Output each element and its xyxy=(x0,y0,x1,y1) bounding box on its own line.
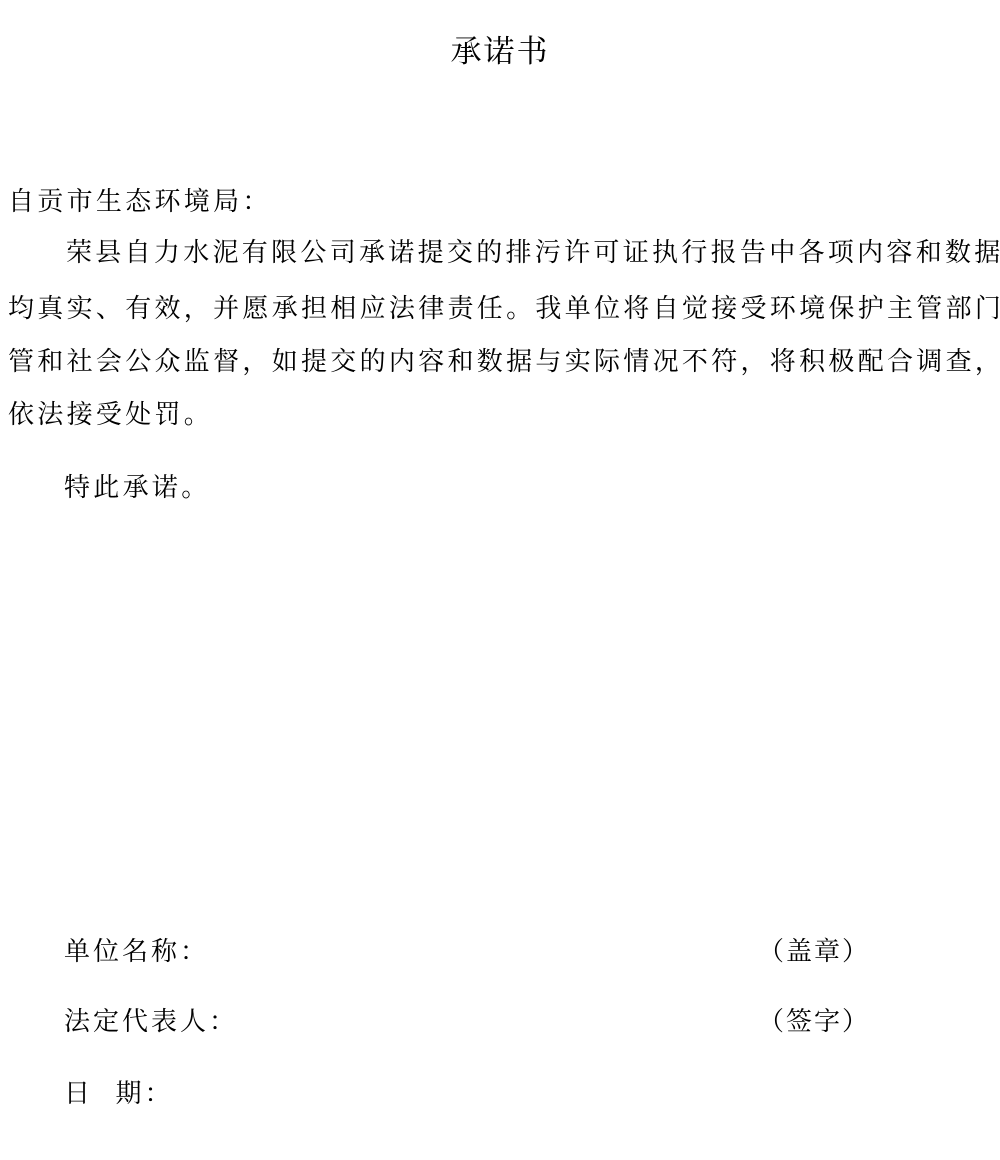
closing-statement: 特此承诺。 xyxy=(64,470,211,506)
document-page: 承诺书 自贡市生态环境局： 荣县自力水泥有限公司承诺提交的排污许可证执行报告中各… xyxy=(0,0,1000,1160)
body-line-4: 依法接受处罚。 xyxy=(8,397,213,433)
legal-representative-label: 法定代表人： xyxy=(64,1004,238,1040)
date-label: 日 期： xyxy=(64,1076,174,1112)
body-line-1: 荣县自力水泥有限公司承诺提交的排污许可证执行报告中各项内容和数据 xyxy=(8,235,1000,271)
body-line-3: 管和社会公众监督，如提交的内容和数据与实际情况不符，将积极配合调查，并 xyxy=(8,344,1000,380)
unit-name-label: 单位名称： xyxy=(64,934,209,970)
salutation: 自贡市生态环境局： xyxy=(8,184,272,220)
signature-note: （签字） xyxy=(758,1004,870,1040)
body-line-1-text: 荣县自力水泥有限公司承诺提交的排污许可证执行报告中各项内容和数据 xyxy=(66,238,1000,268)
seal-note: （盖章） xyxy=(758,934,870,970)
document-title: 承诺书 xyxy=(0,30,1000,74)
body-line-2: 均真实、有效，并愿承担相应法律责任。我单位将自觉接受环境保护主管部门监 xyxy=(8,291,1000,327)
